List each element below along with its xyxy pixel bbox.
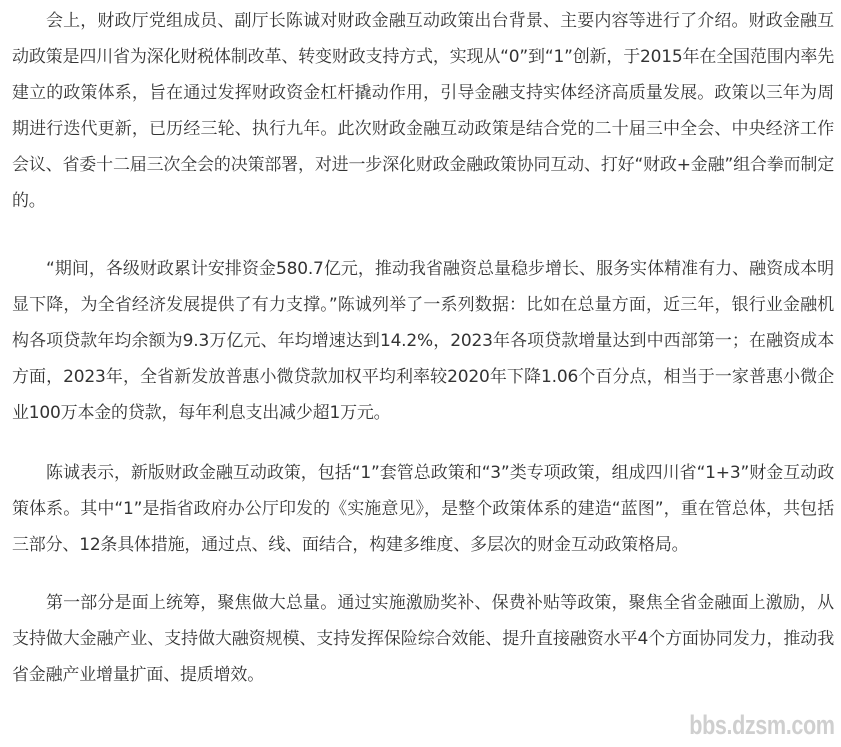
article-body: 会上，财政厅党组成员、副厅长陈诚对财政金融互动政策出台背景、主要内容等进行了介绍… (12, 3, 834, 693)
paragraph-part-one: 第一部分是面上统筹，聚焦做大总量。通过实施激励奖补、保费补贴等政策，聚焦全省金融… (12, 585, 834, 693)
site-watermark: bbs.dzsm.com (690, 710, 835, 741)
paragraph-policy-system: 陈诚表示，新版财政金融互动政策，包括“1”套管总政策和“3”类专项政策，组成四川… (12, 455, 834, 563)
paragraph-meeting-intro: 会上，财政厅党组成员、副厅长陈诚对财政金融互动政策出台背景、主要内容等进行了介绍… (12, 3, 834, 219)
paragraph-funding-data: “期间，各级财政累计安排资金580.7亿元，推动我省融资总量稳步增长、服务实体精… (12, 251, 834, 431)
